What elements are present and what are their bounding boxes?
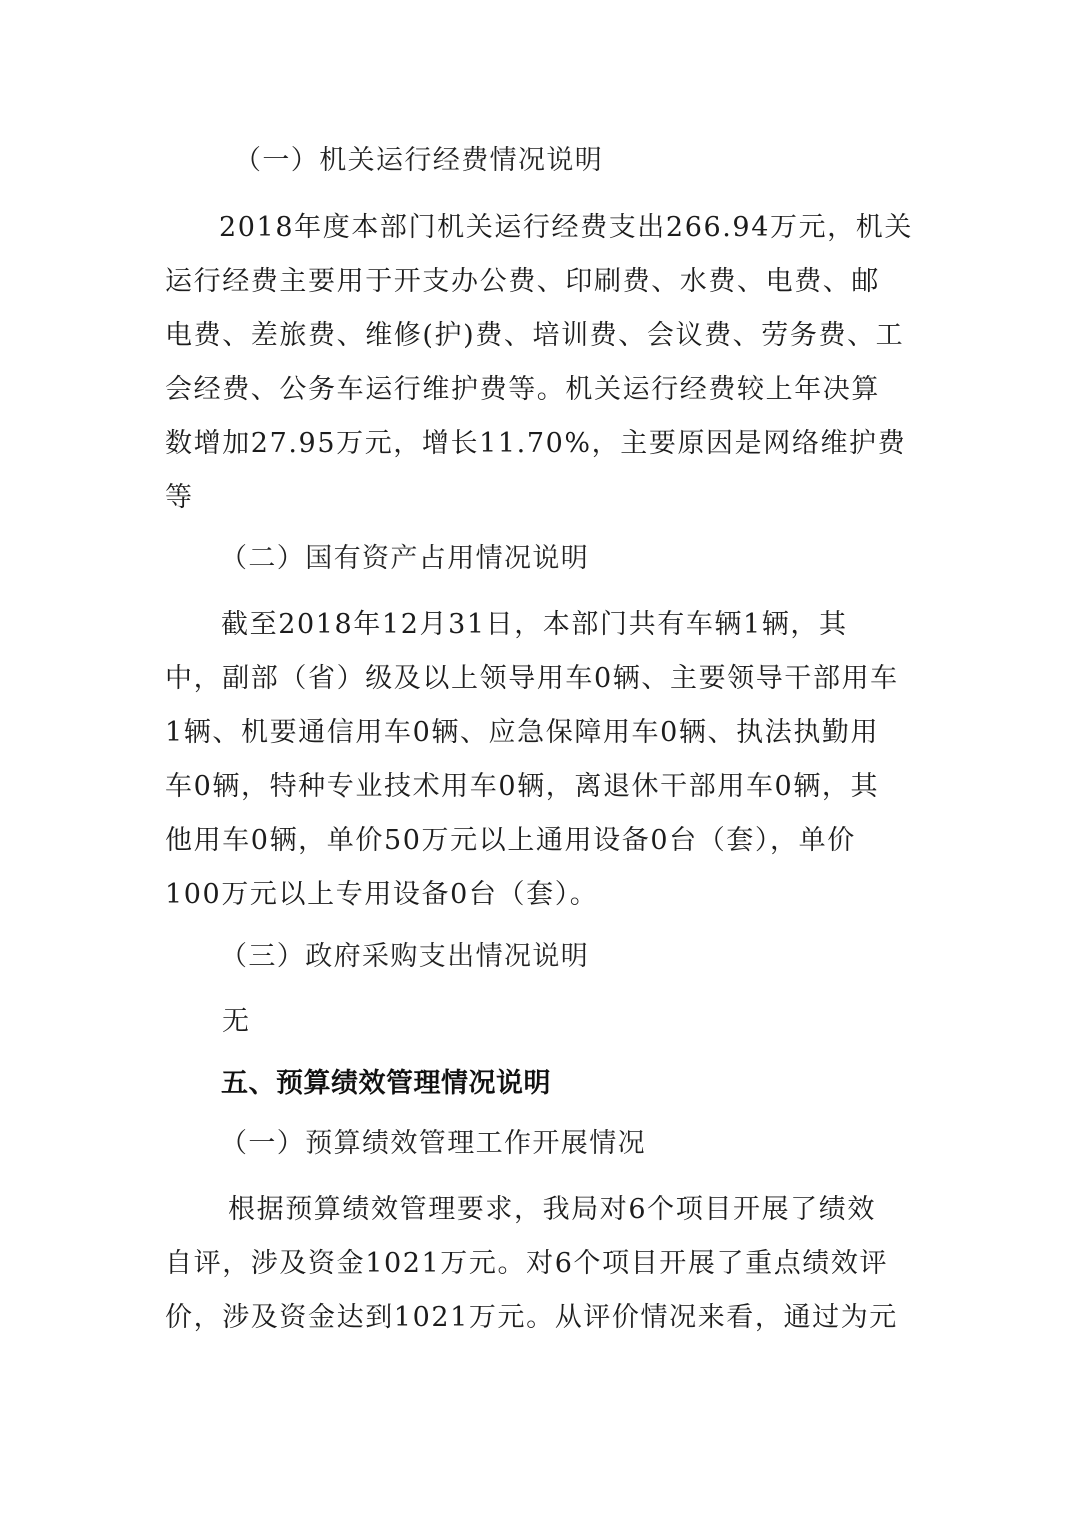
paragraph-line: 无 <box>222 1004 251 1040</box>
paragraph-line: 价，涉及资金达到1021万元。从评价情况来看，通过为元 <box>165 1300 898 1336</box>
section-heading-operating-expenses: （一）机关运行经费情况说明 <box>234 143 603 179</box>
paragraph-line: 车0辆，特种专业技术用车0辆，离退休干部用车0辆，其 <box>165 769 879 805</box>
paragraph-line: 1辆、机要通信用车0辆、应急保障用车0辆、执法执勤用 <box>165 715 879 751</box>
paragraph-line: 根据预算绩效管理要求，我局对6个项目开展了绩效 <box>228 1192 876 1228</box>
section-heading-performance-work: （一）预算绩效管理工作开展情况 <box>220 1126 646 1162</box>
paragraph-line: 截至2018年12月31日，本部门共有车辆1辆，其 <box>221 607 848 643</box>
paragraph-line: 电费、差旅费、维修(护)费、培训费、会议费、劳务费、工 <box>165 318 904 354</box>
section-heading-government-procurement: （三）政府采购支出情况说明 <box>220 939 589 975</box>
paragraph-line: 运行经费主要用于开支办公费、印刷费、水费、电费、邮 <box>165 264 880 300</box>
paragraph-line: 他用车0辆，单价50万元以上通用设备0台（套），单价 <box>165 823 856 859</box>
document-page: （一）机关运行经费情况说明 2018年度本部门机关运行经费支出266.94万元，… <box>0 0 1075 1520</box>
paragraph-line: 会经费、公务车运行维护费等。机关运行经费较上年决算 <box>165 372 880 408</box>
paragraph-line: 数增加27.95万元，增长11.70%，主要原因是网络维护费 <box>165 426 906 462</box>
main-heading-budget-performance: 五、预算绩效管理情况说明 <box>221 1066 551 1102</box>
paragraph-line: 2018年度本部门机关运行经费支出266.94万元，机关 <box>219 210 913 246</box>
paragraph-line: 自评，涉及资金1021万元。对6个项目开展了重点绩效评 <box>165 1246 888 1282</box>
paragraph-line: 100万元以上专用设备0台（套）。 <box>165 877 598 913</box>
section-heading-state-assets: （二）国有资产占用情况说明 <box>220 541 589 577</box>
paragraph-line: 等 <box>165 480 194 516</box>
paragraph-line: 中，副部（省）级及以上领导用车0辆、主要领导干部用车 <box>165 661 899 697</box>
